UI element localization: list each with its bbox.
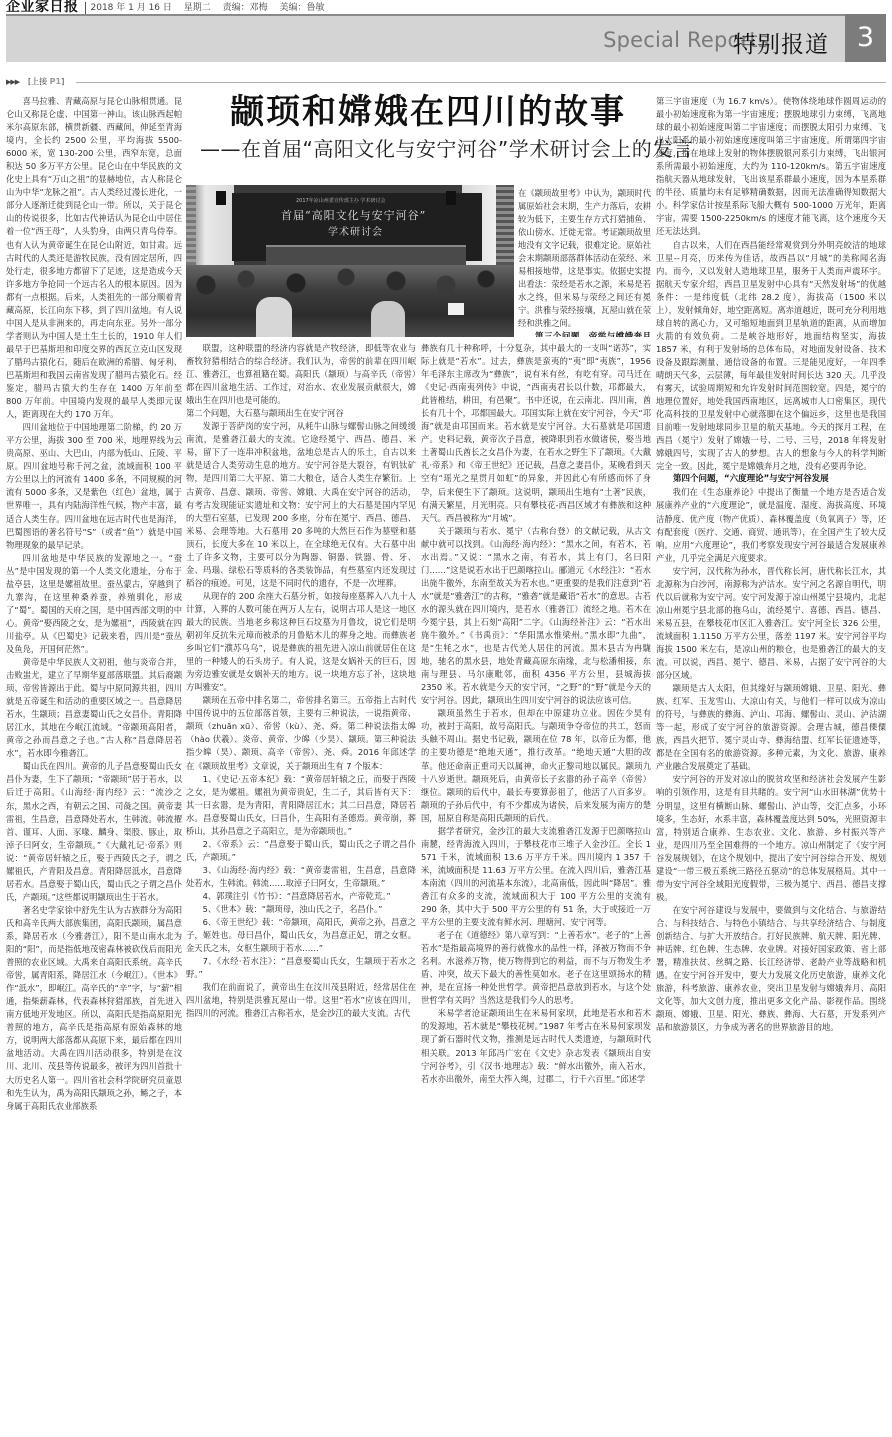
designer-credit: 美编：鲁敏 (280, 3, 325, 13)
body-paragraph: 彝族有几十种称呼，十分复杂，其中最大的一支叫“诺苏”，实际上就是“若水”。过去，… (421, 342, 651, 525)
issue-date: 2018 年 1 月 16 日 (91, 3, 172, 13)
page-number: 3 (845, 14, 886, 62)
article-headline: 颛顼和嫦娥在四川的故事 (208, 92, 648, 132)
article-subheadline: ——在首届“高阳文化与安宁河谷”学术研讨会上的发言 (200, 136, 660, 162)
photo-attendee (371, 301, 405, 337)
body-paragraph: 四川盆地位于中国地理第二阶梯，约 20 万平方公里，海拔 300 至 700 米… (6, 421, 182, 551)
body-paragraph: 6、《帝王世纪》载：“帝颛顼，高阳氏，黄帝之孙，昌意之子，姬姓也。母曰昌仆，蜀山… (186, 916, 416, 955)
photo-attendee (256, 297, 292, 337)
issue-weekday: 星期二 (184, 3, 211, 13)
body-paragraph: 关于颛顼与若水、冕宁（古称台登）的文献记载，从古文献中就可以找到。《山海经·海内… (421, 525, 651, 708)
photo-audience (186, 265, 514, 337)
loudspeaker-icon (216, 191, 226, 205)
continued-from-label: [上接 P1] (28, 77, 64, 87)
body-paragraph: 第三宇宙速度（为 16.7 km/s）。使物体绕地球作圆周运动的最小初始速度称为… (656, 95, 886, 239)
body-paragraph: 联盟，这种联盟的经济内容就是产牧经济，即低等农业与畜牧狩猎相结合的综合经济。我们… (186, 342, 416, 407)
photo-panel-table (266, 245, 466, 265)
photo-banner-line2: 首届“高阳文化与安宁河谷” (281, 207, 426, 223)
body-paragraph: 我们在《生态康养论》中提出了衡量一个地方是否适合发展康养产业的“六度理论”，就是… (656, 486, 886, 564)
body-paragraph: 2、《帝系》云：“昌意娶于蜀山氏，蜀山氏之子谓之昌仆氏，产颛顼。” (186, 838, 416, 864)
body-paragraph: 5、《世本》载：“颛顼母，浊山氏之子，名昌仆。” (186, 903, 416, 916)
body-paragraph: 颛顼在五帝中排名第二，帝喾排名第三。五帝指上古时代中国传说中的五位部落首领，主要… (186, 694, 416, 772)
article-column-4: 第三宇宙速度（为 16.7 km/s）。使物体绕地球作圆周运动的最小初始速度称为… (656, 95, 886, 1435)
section-heading: 第四个问题，“六度理论”与安宁河谷发展 (656, 473, 886, 486)
body-paragraph: 从现存的 200 余座大石墓分析，如按每座墓葬入八九十人计算，入葬的人数可能在两… (186, 590, 416, 694)
body-paragraph: 著名史学家徐中舒先生认为古族群分为高阳氏和高辛氏两大部族集团，高阳氏颛顼，属昌意… (6, 904, 182, 1113)
loudspeaker-icon (446, 191, 456, 205)
article-column-2: 联盟，这种联盟的经济内容就是产牧经济，即低等农业与畜牧狩猎相结合的综合经济。我们… (186, 342, 416, 1435)
body-paragraph: 喜马拉雅、青藏高原与昆仑山脉相贯通。昆仑山又称昆仑虚、中国第一神山。该山脉西起帕… (6, 95, 182, 421)
photo-banner-line1: 2017年凉山州委宣传部主办 学术研讨会 (296, 197, 385, 204)
body-paragraph: 四川盆地是中华民族的发源地之一。“蚕丛”是中国发现的第一个人类文化遗址，分布于盐… (6, 552, 182, 656)
body-paragraph: 3、《山海经·海内经》载：“黄帝妻雷祖，生昌意，昌意降处若水，生韩流。韩流……取… (186, 864, 416, 890)
masthead-divider (85, 2, 86, 14)
conference-photo: 2017年凉山州委宣传部主办 学术研讨会 首届“高阳文化与安宁河谷” 学术研讨会 (186, 185, 514, 337)
body-paragraph: 据学者研究，金沙江的最大支流雅砻江发源于巴颜喀拉山南麓，经青海流入四川，于攀枝花… (421, 825, 651, 929)
continued-page-ref: P1 (50, 77, 61, 86)
body-paragraph: 1、《史记·五帝本纪》载：“黄帝居轩辕之丘，而娶于西陵之女，是为嫘祖。嫘祖为黄帝… (186, 773, 416, 838)
body-paragraph: 在安宁河谷建设与发展中，要做到与文化结合、与旅游结合、与科技结合、与特色小镇结合… (656, 904, 886, 1034)
article-column-1: 喜马拉雅、青藏高原与昆仑山脉相贯通。昆仑山又称昆仑虚、中国第一神山。该山脉西起帕… (6, 95, 182, 1435)
article-column-3-top: 在《颛顼故里考》中认为，颛顼时代属原始社会末期，生产力落后，农耕较为低下，主要生… (518, 187, 651, 337)
body-paragraph: 老子在《道德经》第八章写到：“上善若水”。老子的“上善若水”是指最高境界的善行就… (421, 929, 651, 1007)
photo-banner-line3: 学术研讨会 (328, 223, 383, 238)
header-rule (76, 82, 886, 83)
masthead: 企业家日报 2018 年 1 月 16 日 星期二 责编：邓梅 美编：鲁敏 (6, 0, 886, 15)
body-paragraph: 第二个问题，大石墓与颛顼出生在安宁河谷 (186, 407, 416, 420)
body-paragraph: 黄帝是中华民族人文初祖，他与炎帝合并，击败蚩尤，建立了早期华夏部落联盟。其后裔颛… (6, 656, 182, 760)
photo-document (448, 303, 464, 315)
editor-credit: 责编：邓梅 (223, 3, 268, 13)
section-band: Special Reports 特别报道 3 (6, 14, 886, 62)
body-paragraph: 颛顼虽然生于若水，但却在中原建功立业。因佐少昊有功，被封于高阳，故号高阳氏。与颛… (421, 707, 651, 824)
body-paragraph: 安宁河谷的开发对凉山的脱贫攻坚和经济社会发展产生影响的引领作用，这是有目共睹的。… (656, 773, 886, 903)
section-heading: 第三个问题，帝喾与嫦娥奔月在冕宁 (518, 331, 651, 337)
body-paragraph: 蜀山氏在四川。黄帝的儿子昌意娶蜀山氏女昌仆为妻，生下了颛顼；“帝颛顼”居于若水，… (6, 760, 182, 904)
body-paragraph: 7、《水经·若水注》：“昌意娶蜀山氏女，生颛顼于若水之野。” (186, 955, 416, 981)
body-paragraph: 我们在前面说了，黄帝出生在汶川茂县附近，经常居住在四川盆地，特别是洪雅瓦屋山一带… (186, 981, 416, 1020)
triple-arrow-icon: ▶▶▶ (6, 77, 19, 87)
article-column-3: 彝族有几十种称呼，十分复杂，其中最大的一支叫“诺苏”，实际上就是“若水”。过去，… (421, 342, 651, 1435)
body-paragraph: 安宁河，汉代称为孙水，晋代称长河，唐代称长江水，其北源称为白沙河，南源称为泸沽水… (656, 565, 886, 682)
section-title-chinese: 特别报道 (733, 26, 829, 59)
body-paragraph: 发源于菩萨岗的安宁河，从耗牛山脉与螺髻山脉之间缓缓南流，是雅砻江最大的支流。它途… (186, 420, 416, 590)
newspaper-name: 企业家日报 (6, 0, 79, 15)
body-paragraph: 颛顼是古人太阳，但其缘好与颛顼嫦娥、卫星、阳光、彝族、红军、玉龙雪山、大凉山有关… (656, 682, 886, 773)
body-paragraph: 在《颛顼故里考》中认为，颛顼时代属原始社会末期，生产力落后，农耕较为低下，主要生… (518, 187, 651, 331)
body-paragraph: 4、郭璞注引《竹书》：“昌意降居若水，产帝乾荒。” (186, 890, 416, 903)
body-paragraph: 米易学者沧证颛顼出生在米易何家坝，此地是若水和若木的发源地，若木就是“攀枝花树。… (421, 1007, 651, 1085)
body-paragraph: 自古以来，人们在西昌能经常观赏到分外明亮皎洁的地球卫星--月亮，历来传为佳话，故… (656, 239, 886, 474)
continued-from-marker: ▶▶▶ [上接 P1] (6, 77, 886, 87)
